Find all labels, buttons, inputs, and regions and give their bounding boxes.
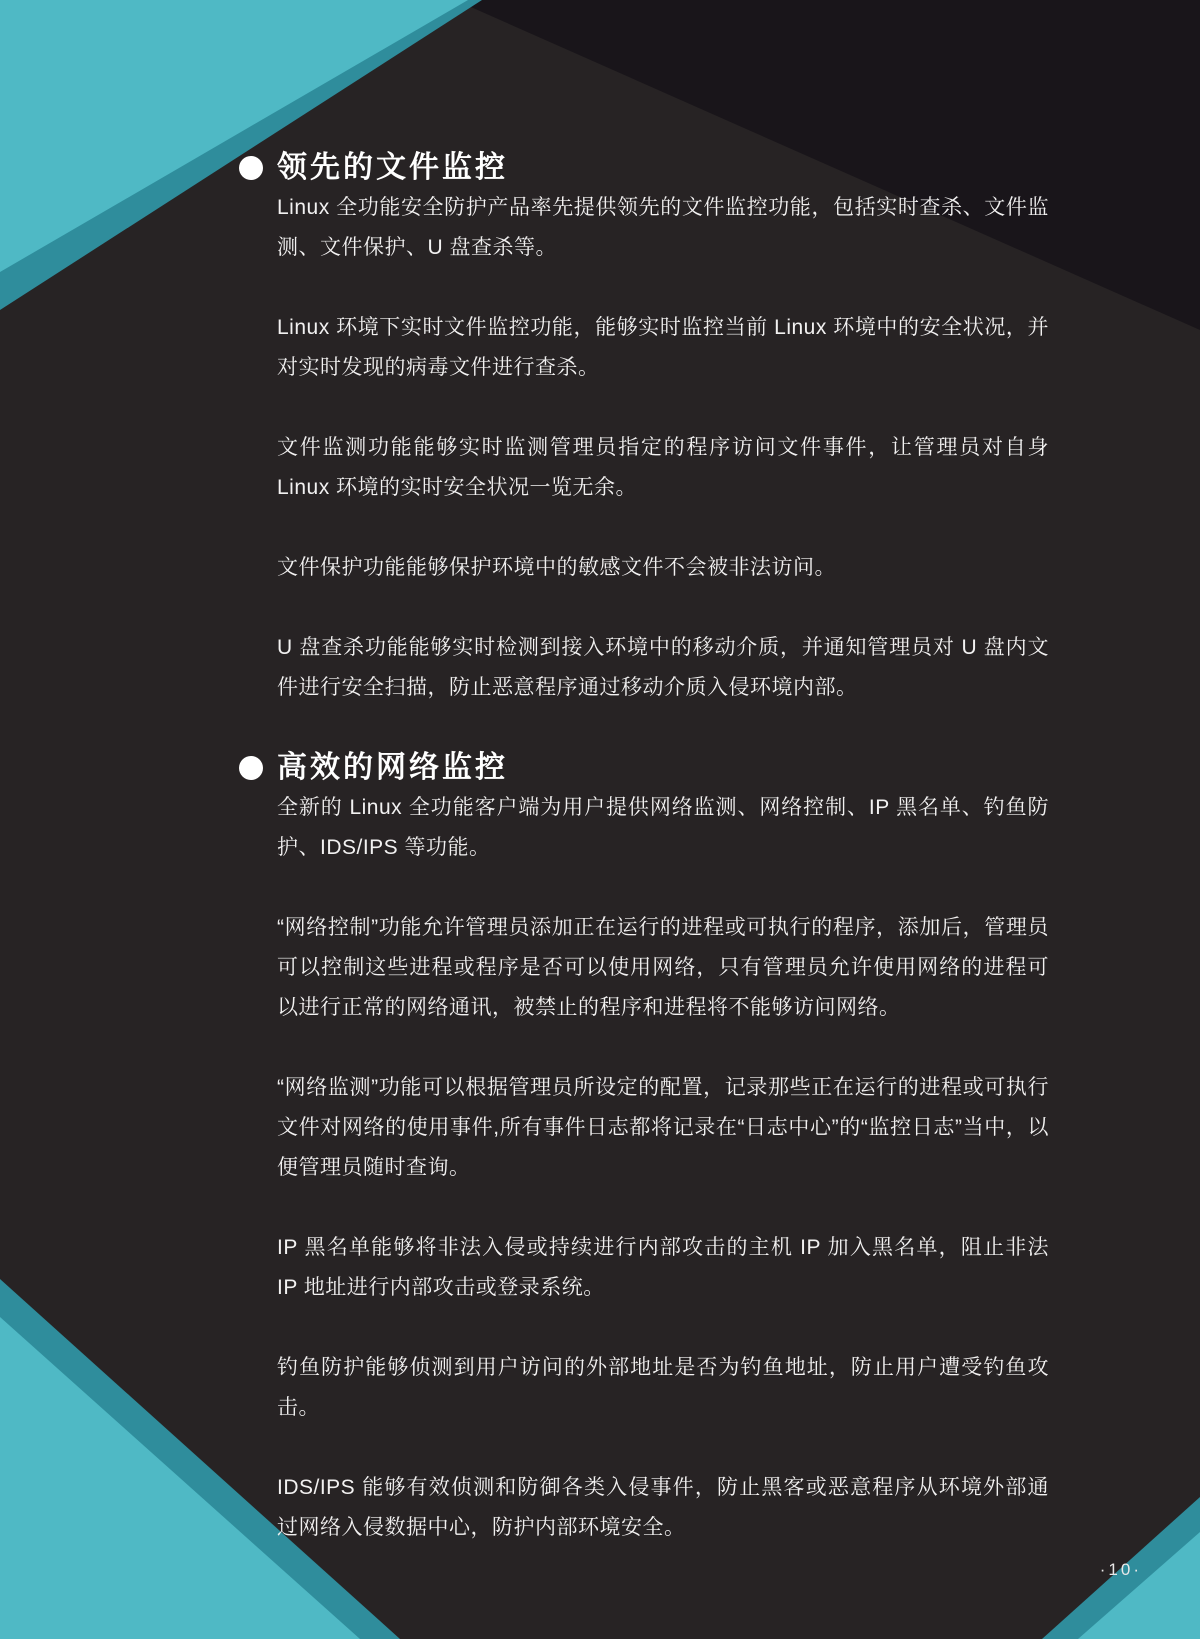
paragraph: IDS/IPS 能够有效侦测和防御各类入侵事件，防止黑客或恶意程序从环境外部通过…: [239, 1468, 1049, 1548]
section-heading-text: 高效的网络监控: [277, 748, 508, 788]
paragraph: 文件监测功能能够实时监测管理员指定的程序访问文件事件，让管理员对自身 Linux…: [239, 428, 1049, 508]
page-content: 领先的文件监控 Linux 全功能安全防护产品率先提供领先的文件监控功能，包括实…: [239, 148, 1049, 1588]
paragraph: U 盘查杀功能能够实时检测到接入环境中的移动介质，并通知管理员对 U 盘内文件进…: [239, 628, 1049, 708]
paragraph: IP 黑名单能够将非法入侵或持续进行内部攻击的主机 IP 加入黑名单，阻止非法 …: [239, 1228, 1049, 1308]
section-network-monitoring: 高效的网络监控 全新的 Linux 全功能客户端为用户提供网络监测、网络控制、I…: [239, 748, 1049, 1548]
bullet-circle-icon: [239, 756, 263, 780]
paragraph: Linux 全功能安全防护产品率先提供领先的文件监控功能，包括实时查杀、文件监测…: [239, 188, 1049, 268]
page-number: ·10·: [1100, 1560, 1142, 1580]
section-heading-network-monitoring: 高效的网络监控: [239, 748, 1049, 788]
paragraph: “网络控制”功能允许管理员添加正在运行的进程或可执行的程序，添加后，管理员可以控…: [239, 908, 1049, 1028]
paragraph: 钓鱼防护能够侦测到用户访问的外部地址是否为钓鱼地址，防止用户遭受钓鱼攻击。: [239, 1348, 1049, 1428]
document-page: 领先的文件监控 Linux 全功能安全防护产品率先提供领先的文件监控功能，包括实…: [0, 0, 1200, 1639]
section-heading-file-monitoring: 领先的文件监控: [239, 148, 1049, 188]
paragraph: 文件保护功能能够保护环境中的敏感文件不会被非法访问。: [239, 548, 1049, 588]
section-file-monitoring: 领先的文件监控 Linux 全功能安全防护产品率先提供领先的文件监控功能，包括实…: [239, 148, 1049, 708]
section-heading-text: 领先的文件监控: [277, 148, 508, 188]
paragraph: Linux 环境下实时文件监控功能，能够实时监控当前 Linux 环境中的安全状…: [239, 308, 1049, 388]
paragraph: “网络监测”功能可以根据管理员所设定的配置，记录那些正在运行的进程或可执行文件对…: [239, 1068, 1049, 1188]
bullet-circle-icon: [239, 156, 263, 180]
paragraph: 全新的 Linux 全功能客户端为用户提供网络监测、网络控制、IP 黑名单、钓鱼…: [239, 788, 1049, 868]
